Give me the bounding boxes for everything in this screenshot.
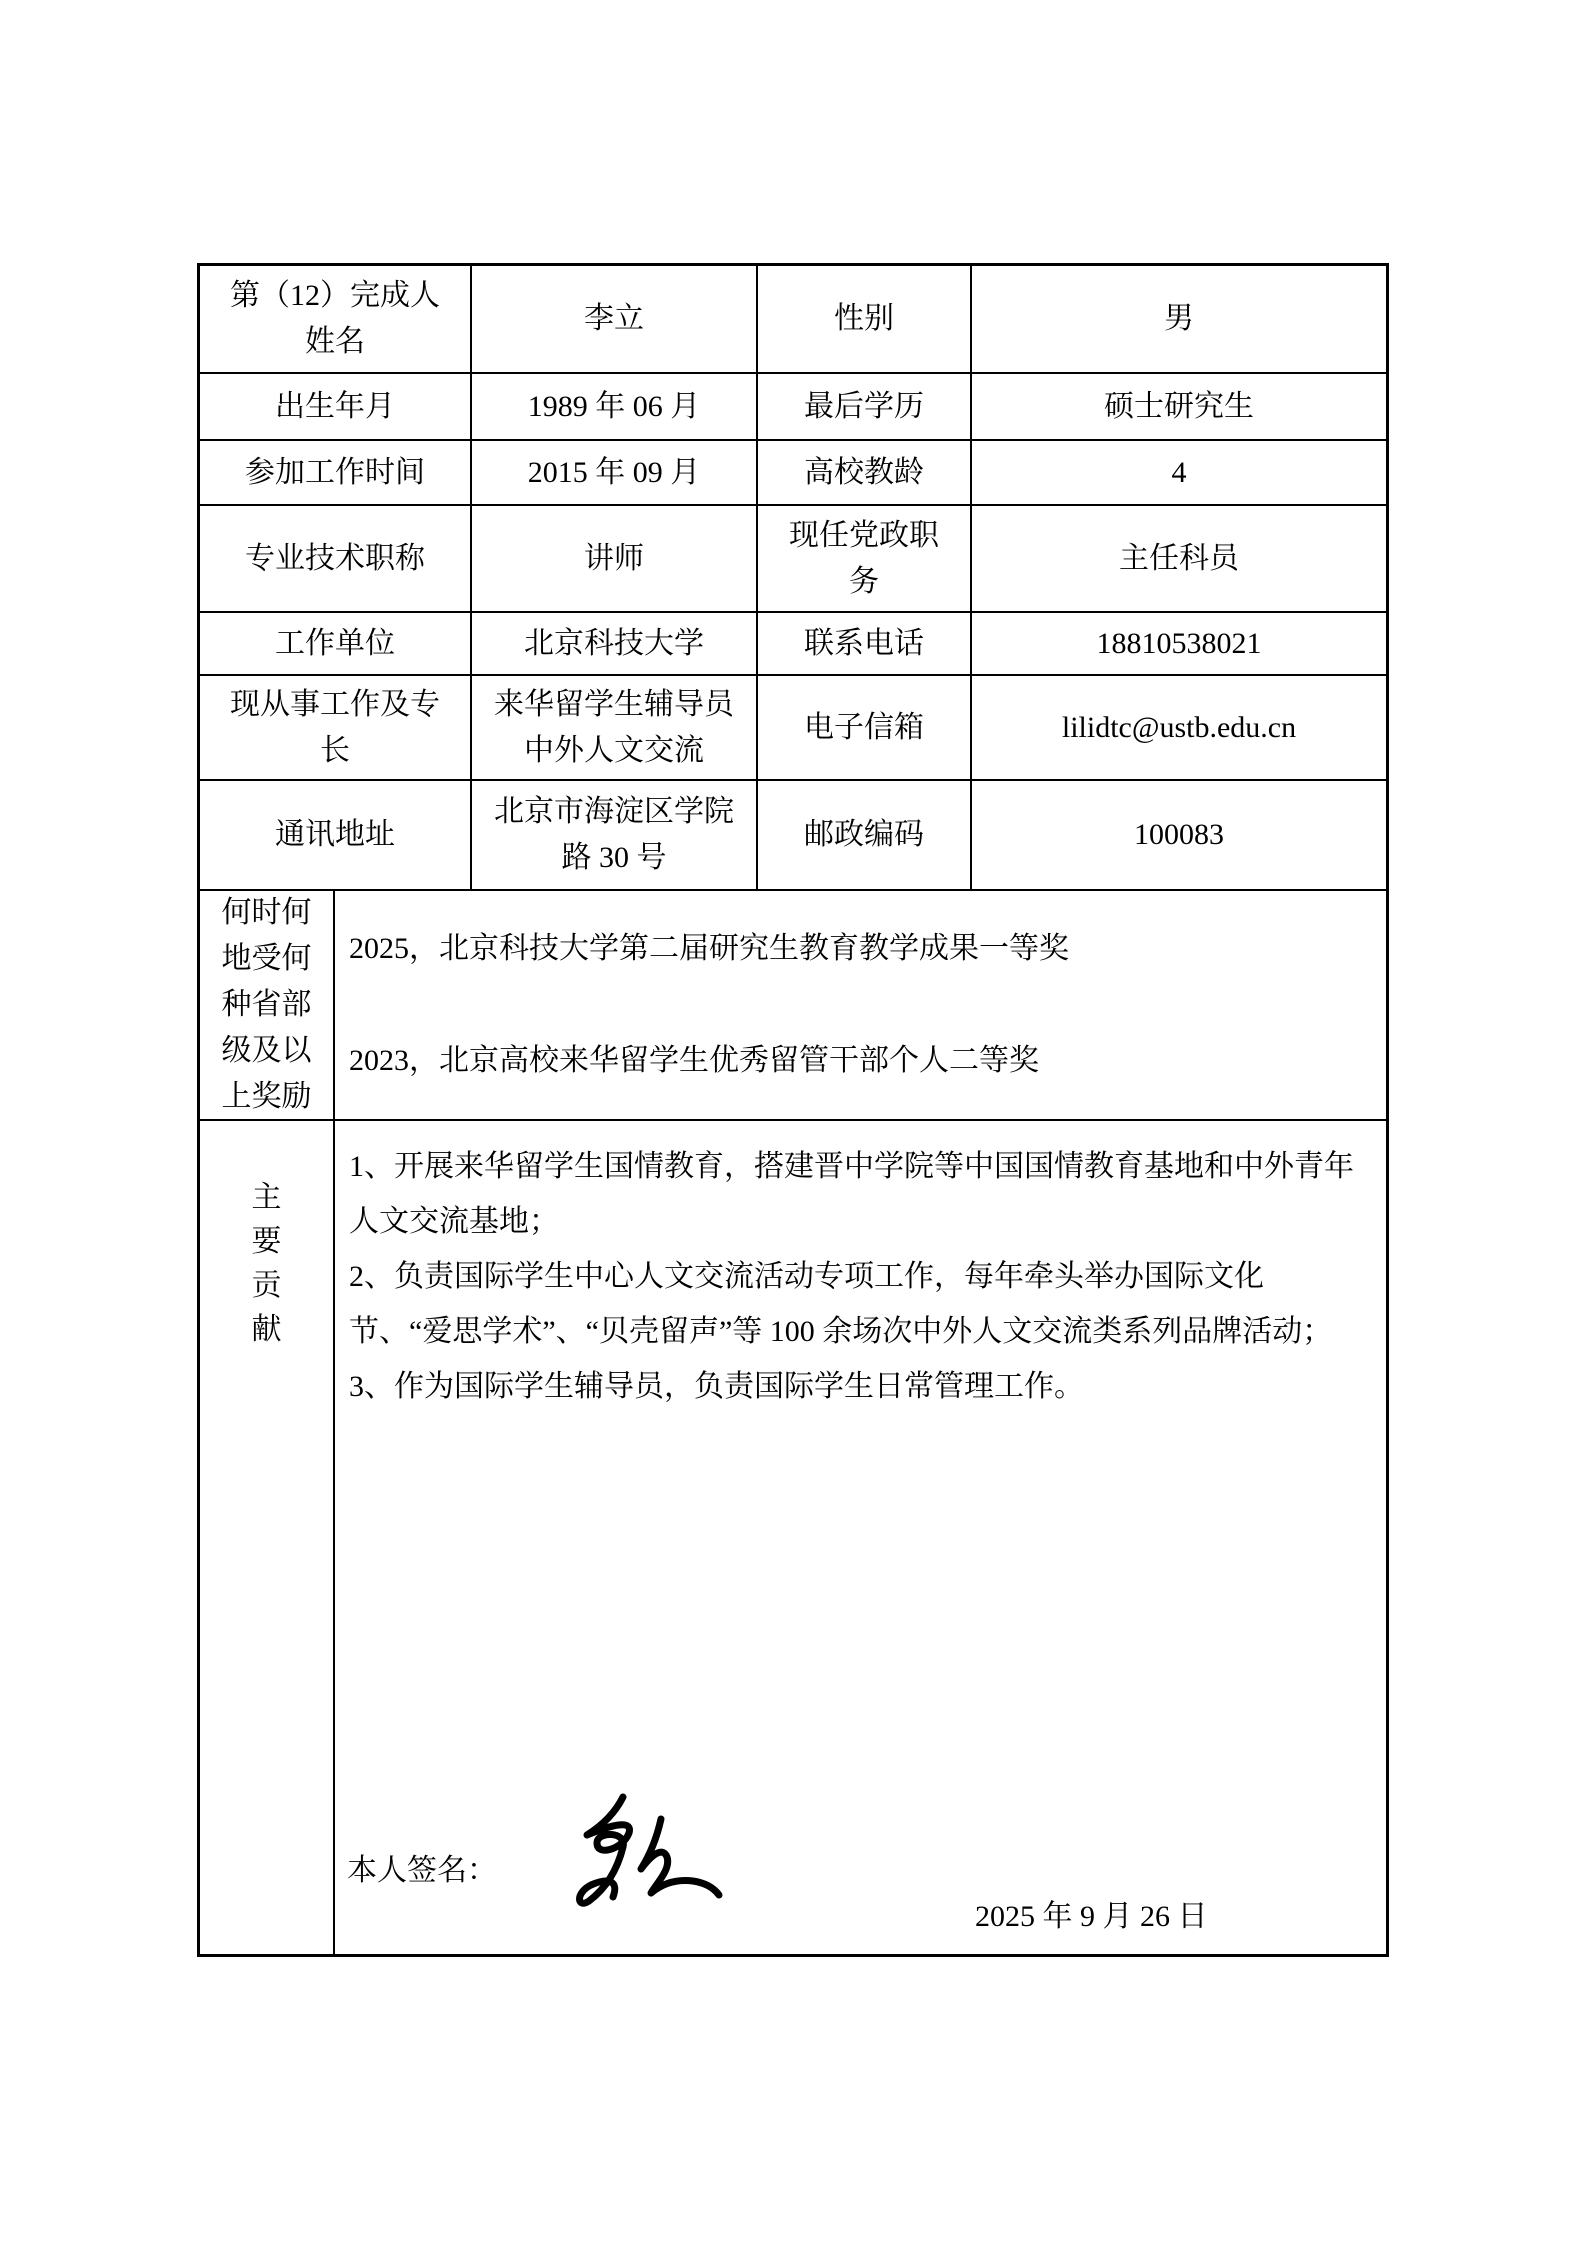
signature-label: 本人签名： <box>347 1843 497 1898</box>
awards-label: 何时何 地受何 种省部 级及以 上奖励 <box>200 891 335 1121</box>
award-line-1: 2025，北京科技大学第二届研究生教育教学成果一等奖 <box>349 921 1069 977</box>
table-row: 参加工作时间 2015 年 09 月 高校教龄 4 <box>200 441 1386 506</box>
professional-title-value: 讲师 <box>472 506 758 613</box>
professional-title-label: 专业技术职称 <box>200 506 472 613</box>
contributions-content: 1、开展来华留学生国情教育，搭建晋中学院等中国国情教育基地和中外青年人文交流基地… <box>335 1121 1386 1954</box>
address-value: 北京市海淀区学院 路 30 号 <box>472 781 758 891</box>
phone-value: 18810538021 <box>972 613 1386 676</box>
completer-name-label: 第（12）完成人 姓名 <box>200 266 472 374</box>
contributions-row: 主 要 贡 献 1、开展来华留学生国情教育，搭建晋中学院等中国国情教育基地和中外… <box>200 1121 1386 1954</box>
table-row: 现从事工作及专 长 来华留学生辅导员 中外人文交流 电子信箱 lilidtc@u… <box>200 676 1386 781</box>
completer-name-value: 李立 <box>472 266 758 374</box>
gender-value: 男 <box>972 266 1386 374</box>
contribution-item-2: 2、负责国际学生中心人文交流活动专项工作，每年牵头举办国际文化节、“爱思学术”、… <box>349 1249 1360 1359</box>
teaching-years-value: 4 <box>972 441 1386 506</box>
work-start-value: 2015 年 09 月 <box>472 441 758 506</box>
work-unit-value: 北京科技大学 <box>472 613 758 676</box>
postcode-value: 100083 <box>972 781 1386 891</box>
current-work-label: 现从事工作及专 长 <box>200 676 472 781</box>
email-value: lilidtc@ustb.edu.cn <box>972 676 1386 781</box>
party-post-value: 主任科员 <box>972 506 1386 613</box>
phone-label: 联系电话 <box>758 613 972 676</box>
table-row: 第（12）完成人 姓名 李立 性别 男 <box>200 266 1386 374</box>
contributions-label: 主 要 贡 献 <box>200 1121 335 1954</box>
address-label: 通讯地址 <box>200 781 472 891</box>
table-row: 专业技术职称 讲师 现任党政职 务 主任科员 <box>200 506 1386 613</box>
handwritten-signature-image <box>553 1789 743 1929</box>
birth-date-label: 出生年月 <box>200 374 472 441</box>
form-page: 第（12）完成人 姓名 李立 性别 男 出生年月 1989 年 06 月 最后学… <box>0 0 1587 2245</box>
awards-content: 2025，北京科技大学第二届研究生教育教学成果一等奖 2023，北京高校来华留学… <box>335 891 1386 1121</box>
award-line-2: 2023，北京高校来华留学生优秀留管干部个人二等奖 <box>349 1033 1069 1089</box>
postcode-label: 邮政编码 <box>758 781 972 891</box>
contribution-item-3: 3、作为国际学生辅导员，负责国际学生日常管理工作。 <box>349 1359 1360 1414</box>
last-degree-label: 最后学历 <box>758 374 972 441</box>
current-work-value: 来华留学生辅导员 中外人文交流 <box>472 676 758 781</box>
work-start-label: 参加工作时间 <box>200 441 472 506</box>
table-row: 通讯地址 北京市海淀区学院 路 30 号 邮政编码 100083 <box>200 781 1386 891</box>
table-row: 工作单位 北京科技大学 联系电话 18810538021 <box>200 613 1386 676</box>
table-row: 出生年月 1989 年 06 月 最后学历 硕士研究生 <box>200 374 1386 441</box>
awards-row: 何时何 地受何 种省部 级及以 上奖励 2025，北京科技大学第二届研究生教育教… <box>200 891 1386 1121</box>
teaching-years-label: 高校教龄 <box>758 441 972 506</box>
party-post-label: 现任党政职 务 <box>758 506 972 613</box>
birth-date-value: 1989 年 06 月 <box>472 374 758 441</box>
gender-label: 性别 <box>758 266 972 374</box>
last-degree-value: 硕士研究生 <box>972 374 1386 441</box>
signature-date: 2025 年 9 月 26 日 <box>975 1889 1208 1944</box>
contribution-item-1: 1、开展来华留学生国情教育，搭建晋中学院等中国国情教育基地和中外青年人文交流基地… <box>349 1139 1360 1249</box>
work-unit-label: 工作单位 <box>200 613 472 676</box>
email-label: 电子信箱 <box>758 676 972 781</box>
personnel-info-table: 第（12）完成人 姓名 李立 性别 男 出生年月 1989 年 06 月 最后学… <box>197 263 1389 1957</box>
